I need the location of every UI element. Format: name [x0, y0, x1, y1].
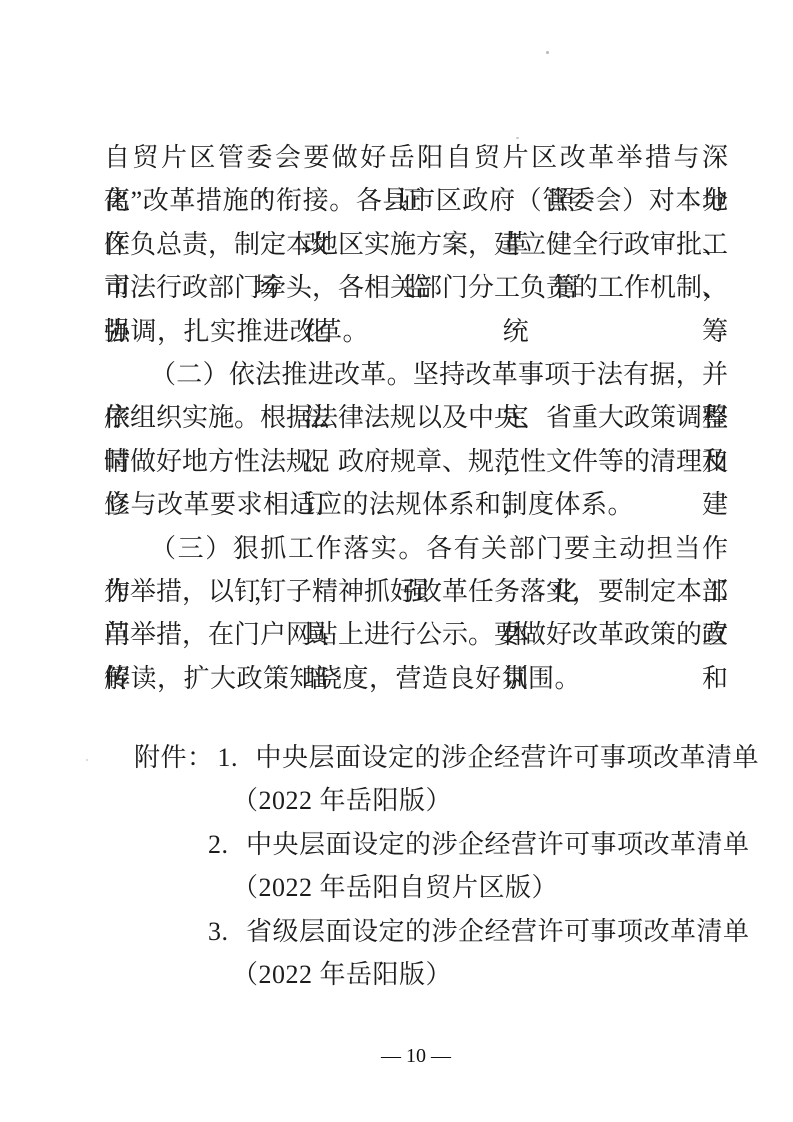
paragraph-1: 自贸片区管委会要做好岳阳自贸片区改革举措与深化“证照分 离”改革措施的衔接。各县…	[104, 136, 728, 353]
body-line: 自贸片区管委会要做好岳阳自贸片区改革举措与深化“证照分	[104, 136, 728, 179]
attachment-item-subtitle: （2022 年岳阳版）	[104, 779, 728, 822]
body-line: （二）依法推进改革。坚持改革事项于法有据，并依法定程	[104, 353, 728, 396]
attachment-item-subtitle: （2022 年岳阳版）	[104, 953, 728, 996]
body-line: 司法行政部门牵头，各相关部门分工负责的工作机制，强化统筹	[104, 266, 728, 309]
page-number: — 10 —	[104, 1041, 728, 1071]
scan-speck	[546, 51, 549, 54]
attachment-item-number: 1.	[218, 736, 256, 779]
body-line: 作举措，以钉钉子精神抓好改革任务落实，要制定本部门具体改	[104, 570, 728, 613]
attachment-item-number: 2.	[208, 823, 246, 866]
attachments-label: 附件：	[134, 743, 214, 772]
body-line: 序组织实施。根据法律法规以及中央、省重大政策调整情况，及	[104, 396, 728, 439]
body-line: 离”改革措施的衔接。各县市区政府（管委会）对本地区改革工	[104, 179, 728, 222]
section-gap	[104, 700, 728, 736]
body-line: （三）狠抓工作落实。各有关部门要主动担当作为，强化工	[104, 527, 728, 570]
body-line: 革举措，在门户网站上进行公示。要做好改革政策的宣传培训和	[104, 613, 728, 656]
attachment-item-number: 3.	[208, 910, 246, 953]
paragraph-3: （三）狠抓工作落实。各有关部门要主动担当作为，强化工 作举措，以钉钉子精神抓好改…	[104, 527, 728, 701]
attachment-item-subtitle: （2022 年岳阳自贸片区版）	[104, 866, 728, 909]
text-block: 自贸片区管委会要做好岳阳自贸片区改革举措与深化“证照分 离”改革措施的衔接。各县…	[104, 136, 728, 1071]
paragraph-2: （二）依法推进改革。坚持改革事项于法有据，并依法定程 序组织实施。根据法律法规以…	[104, 353, 728, 527]
attachment-item: 附件：1.中央层面设定的涉企经营许可事项改革清单	[104, 736, 728, 779]
document-page: 自贸片区管委会要做好岳阳自贸片区改革举措与深化“证照分 离”改革措施的衔接。各县…	[0, 0, 793, 1122]
attachment-item: 3.省级层面设定的涉企经营许可事项改革清单	[104, 910, 728, 953]
attachment-item-title: 省级层面设定的涉企经营许可事项改革清单	[246, 917, 750, 946]
attachments-list: 附件：1.中央层面设定的涉企经营许可事项改革清单 （2022 年岳阳版） 2.中…	[104, 736, 728, 996]
scan-speck	[86, 759, 88, 761]
body-line: 作负总责，制定本地区实施方案，建立健全行政审批、市场监管、	[104, 223, 728, 266]
body-line: 时做好地方性法规、政府规章、规范性文件等的清理和修订，建	[104, 440, 728, 483]
attachment-item-title: 中央层面设定的涉企经营许可事项改革清单	[256, 743, 760, 772]
attachment-item: 2.中央层面设定的涉企经营许可事项改革清单	[104, 823, 728, 866]
attachment-item-title: 中央层面设定的涉企经营许可事项改革清单	[246, 830, 750, 859]
